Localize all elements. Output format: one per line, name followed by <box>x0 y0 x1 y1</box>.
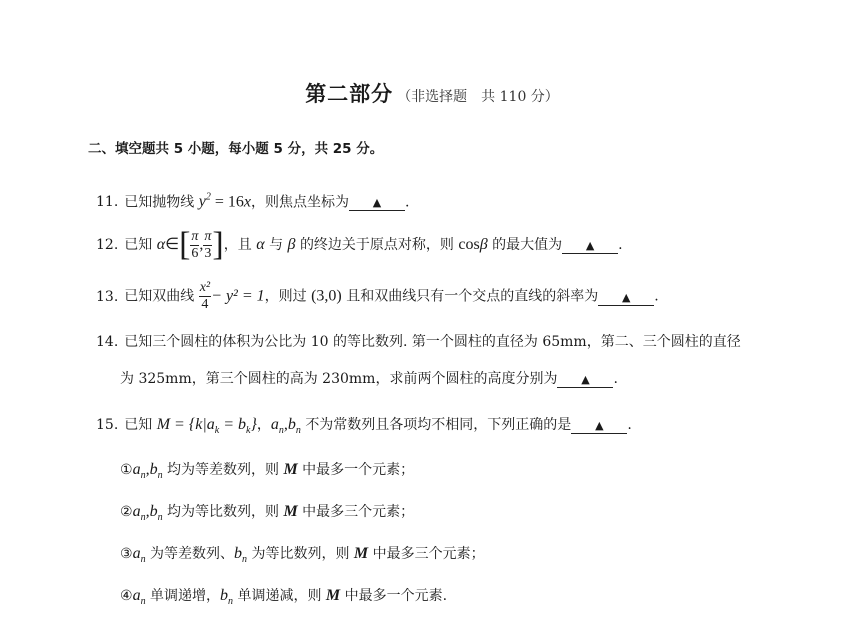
question-11: 11.已知抛物线 y2 = 16x，则焦点坐标为▲. <box>96 188 409 212</box>
period: . <box>654 289 658 305</box>
question-text: 已知双曲线 <box>124 289 194 305</box>
set-symbol: M <box>326 587 340 604</box>
part-title: 第二部分 <box>305 82 393 106</box>
numerator: x² <box>199 280 211 297</box>
denominator: 4 <box>199 297 211 313</box>
left-bracket: [ <box>179 226 190 263</box>
question-text: 与 <box>269 237 283 253</box>
sequences: an,bn <box>271 416 301 433</box>
question-14-line2: 为 325mm，第三个圆柱的高为 230mm，求前两个圆柱的高度分别为▲. <box>120 369 618 389</box>
beta-symbol: β <box>480 236 488 253</box>
period: . <box>405 194 409 210</box>
alpha-symbol: α <box>256 236 264 253</box>
equation-var: x <box>244 193 251 210</box>
option-4: ④an 单调递增，bn 单调递减，则 M 中最多一个元素. <box>120 586 447 612</box>
option-1: ①an,bn 均为等差数列，则 M 中最多一个元素； <box>120 460 414 486</box>
set-definition: M = {k|ak = bk} <box>157 416 257 433</box>
part-subtitle: （非选择题 共 110 分） <box>397 89 559 105</box>
question-number: 13. <box>96 289 118 305</box>
question-text: 为 325mm，第三个圆柱的高为 230mm，求前两个圆柱的高度分别为 <box>120 371 557 387</box>
option-2: ②an,bn 均为等比数列，则 M 中最多三个元素； <box>120 502 414 528</box>
option-text: 均为等比数列，则 <box>167 504 279 520</box>
answer-blank[interactable]: ▲ <box>598 291 654 306</box>
question-15: 15.已知 M = {k|ak = bk}，an,bn 不为常数列且各项均不相同… <box>96 415 632 441</box>
question-text: ， <box>257 417 271 433</box>
option-text: 单调递增， <box>150 588 220 604</box>
answer-blank[interactable]: ▲ <box>571 419 627 434</box>
option-text: 中最多一个元素； <box>302 462 414 478</box>
beta-symbol: β <box>288 236 296 253</box>
question-number: 12. <box>96 237 118 253</box>
question-text: ，则过 <box>265 289 307 305</box>
set-symbol: M <box>283 461 297 478</box>
cos-function: cos <box>458 236 479 253</box>
question-text: ，且 <box>224 237 252 253</box>
triangle-icon: ▲ <box>586 239 594 252</box>
option-text: 中最多一个元素. <box>345 588 447 604</box>
question-number: 15. <box>96 417 118 433</box>
set-symbol: M <box>354 545 368 562</box>
equation: y2 <box>199 193 211 210</box>
section-heading: 二、填空题共 5 小题，每小题 5 分，共 25 分。 <box>88 137 383 157</box>
option-3: ③an 为等差数列、bn 为等比数列，则 M 中最多三个元素； <box>120 544 485 570</box>
page-title: 第二部分（非选择题 共 110 分） <box>0 78 864 108</box>
question-text: 已知 <box>124 417 152 433</box>
triangle-icon: ▲ <box>581 373 589 386</box>
question-text: ，则焦点坐标为 <box>251 194 349 210</box>
question-14: 14.已知三个圆柱的体积为公比为 10 的等比数列. 第一个圆柱的直径为 65m… <box>96 332 741 352</box>
triangle-icon: ▲ <box>373 196 381 209</box>
question-text: 已知抛物线 <box>124 194 194 210</box>
question-text: 的终边关于原点对称，则 <box>300 237 454 253</box>
element-of-symbol: ∈ <box>165 236 179 253</box>
period: . <box>627 417 631 433</box>
answer-blank[interactable]: ▲ <box>557 373 613 388</box>
option-text: 单调递减，则 <box>237 588 321 604</box>
option-text: 为等比数列，则 <box>251 546 349 562</box>
question-13: 13.已知双曲线 x²4− y² = 1，则过 (3,0) 且和双曲线只有一个交… <box>96 280 659 313</box>
question-text: 且和双曲线只有一个交点的直线的斜率为 <box>346 289 598 305</box>
question-number: 14. <box>96 334 118 350</box>
option-marker: ④ <box>120 588 133 604</box>
question-text: 的最大值为 <box>492 237 562 253</box>
point-coordinates: (3,0) <box>311 288 342 305</box>
option-marker: ① <box>120 462 133 478</box>
option-marker: ③ <box>120 546 133 562</box>
question-12: 12.已知 α∈[π6,π3]，且 α 与 β 的终边关于原点对称，则 cosβ… <box>96 228 623 262</box>
question-text: 已知 <box>124 237 152 253</box>
option-text: 中最多三个元素； <box>373 546 485 562</box>
period: . <box>618 237 622 253</box>
answer-blank[interactable]: ▲ <box>349 196 405 211</box>
alpha-symbol: α <box>157 236 165 253</box>
answer-blank[interactable]: ▲ <box>562 239 618 254</box>
right-bracket: ] <box>212 226 223 263</box>
option-text: 均为等差数列，则 <box>167 462 279 478</box>
option-text: 为等差数列、 <box>150 546 234 562</box>
equation-rest: = 16 <box>211 193 244 210</box>
question-text: 已知三个圆柱的体积为公比为 10 的等比数列. 第一个圆柱的直径为 65mm，第… <box>124 334 740 350</box>
question-number: 11. <box>96 194 118 210</box>
fraction: x²4 <box>199 280 211 313</box>
question-text: 不为常数列且各项均不相同，下列正确的是 <box>305 417 571 433</box>
period: . <box>613 371 617 387</box>
set-symbol: M <box>283 503 297 520</box>
triangle-icon: ▲ <box>595 419 603 432</box>
triangle-icon: ▲ <box>622 291 630 304</box>
option-text: 中最多三个元素； <box>302 504 414 520</box>
equation-rest: − y² = 1 <box>211 288 265 305</box>
option-marker: ② <box>120 504 133 520</box>
